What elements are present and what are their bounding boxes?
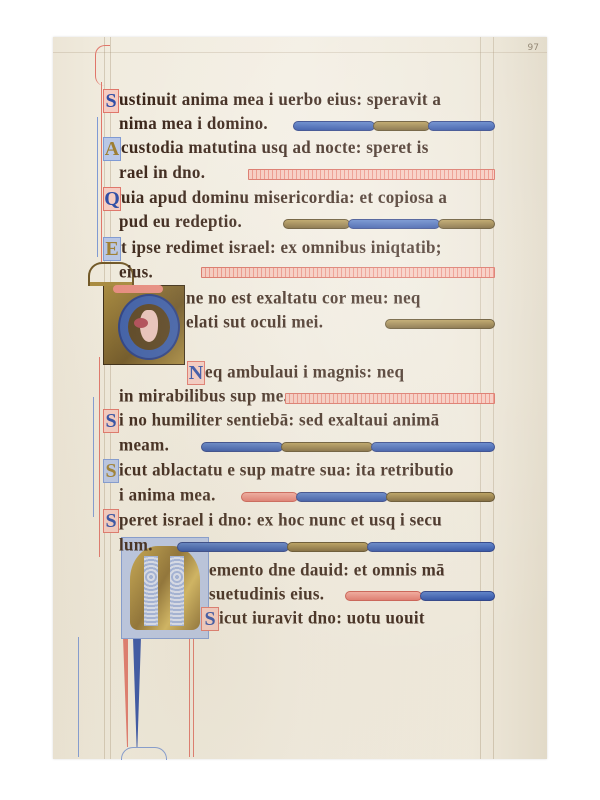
- text-line-13: i no humiliter sentiebā: sed exaltaui an…: [119, 408, 479, 431]
- initial-s-5: S: [201, 607, 219, 631]
- line-filler-gold: [438, 219, 495, 229]
- manuscript-leaf: 97 S A Q E N S S S S: [53, 37, 547, 759]
- red-penwork-loop: [95, 45, 110, 86]
- text-line-11: eq ambulaui i magnis: neq: [205, 360, 565, 383]
- line-filler-gold: [287, 542, 369, 552]
- initial-blue-ring: [118, 294, 180, 360]
- line-filler-blue: [371, 442, 495, 452]
- filigree-left-icon: [144, 556, 158, 626]
- line-filler-blue: [428, 121, 495, 131]
- text-line-9: ne no est exaltatu cor meu: neq: [186, 286, 546, 309]
- line-filler-blue: [420, 591, 495, 601]
- dragon-wing-icon: [134, 318, 148, 328]
- line-filler-red-box: [285, 393, 495, 404]
- tail-scroll-ornament: [121, 747, 167, 760]
- line-filler-gold: [385, 319, 495, 329]
- line-filler-red: [345, 591, 422, 601]
- initial-red-tongue: [113, 285, 163, 293]
- initial-a: A: [103, 137, 121, 161]
- line-filler-blue: [293, 121, 375, 131]
- initial-s-1: S: [103, 89, 119, 113]
- initial-gold-body: [130, 546, 200, 630]
- line-filler-gold: [373, 121, 430, 131]
- historiated-initial-d: [103, 285, 185, 365]
- blue-penwork-stem: [97, 117, 98, 257]
- initial-n: N: [187, 361, 205, 385]
- line-filler-red-box: [201, 267, 495, 278]
- line-filler-red: [241, 492, 298, 502]
- blue-penwork-descender: [78, 637, 79, 757]
- initial-s-2: S: [103, 409, 119, 433]
- line-filler-gold: [281, 442, 373, 452]
- line-filler-gold: [283, 219, 350, 229]
- line-filler-blue: [348, 219, 440, 229]
- line-filler-gold: [386, 492, 495, 502]
- initial-inner-field: [128, 304, 170, 350]
- text-line-1: ustinuit anima mea i uerbo eius: speravi…: [119, 88, 479, 111]
- text-line-5: uia apud dominu misericordia: et copiosa…: [121, 186, 481, 209]
- line-filler-blue: [296, 492, 388, 502]
- text-line-17: peret israel i dno: ex hoc nunc et usq i…: [119, 508, 479, 531]
- text-line-7: t ipse redimet israel: ex omnibus iniqta…: [121, 236, 481, 259]
- line-filler-blue-red: [367, 542, 495, 552]
- text-line-3: custodia matutina usq ad nocte: speret i…: [121, 136, 481, 159]
- initial-q: Q: [103, 187, 121, 211]
- top-rule: [53, 52, 547, 53]
- line-filler-red-zigzag: [248, 169, 495, 180]
- text-line-21: icut iuravit dno: uotu uouit: [219, 606, 579, 629]
- filigree-right-icon: [170, 556, 184, 626]
- red-penwork-stem-lower: [99, 357, 100, 557]
- text-line-19: emento dne dauid: et omnis mā: [209, 558, 569, 581]
- initial-s-3: S: [103, 459, 119, 483]
- text-line-15: icut ablactatu e sup matre sua: ita retr…: [119, 458, 479, 481]
- line-filler-blue: [201, 442, 283, 452]
- red-penwork-stem: [101, 82, 102, 262]
- red-initial-tail: [123, 637, 133, 747]
- blue-initial-tail: [133, 637, 141, 747]
- line-filler-blue-red: [177, 542, 289, 552]
- initial-s-4: S: [103, 509, 119, 533]
- blue-penwork-stem-lower: [93, 397, 94, 517]
- initial-e: E: [103, 237, 121, 261]
